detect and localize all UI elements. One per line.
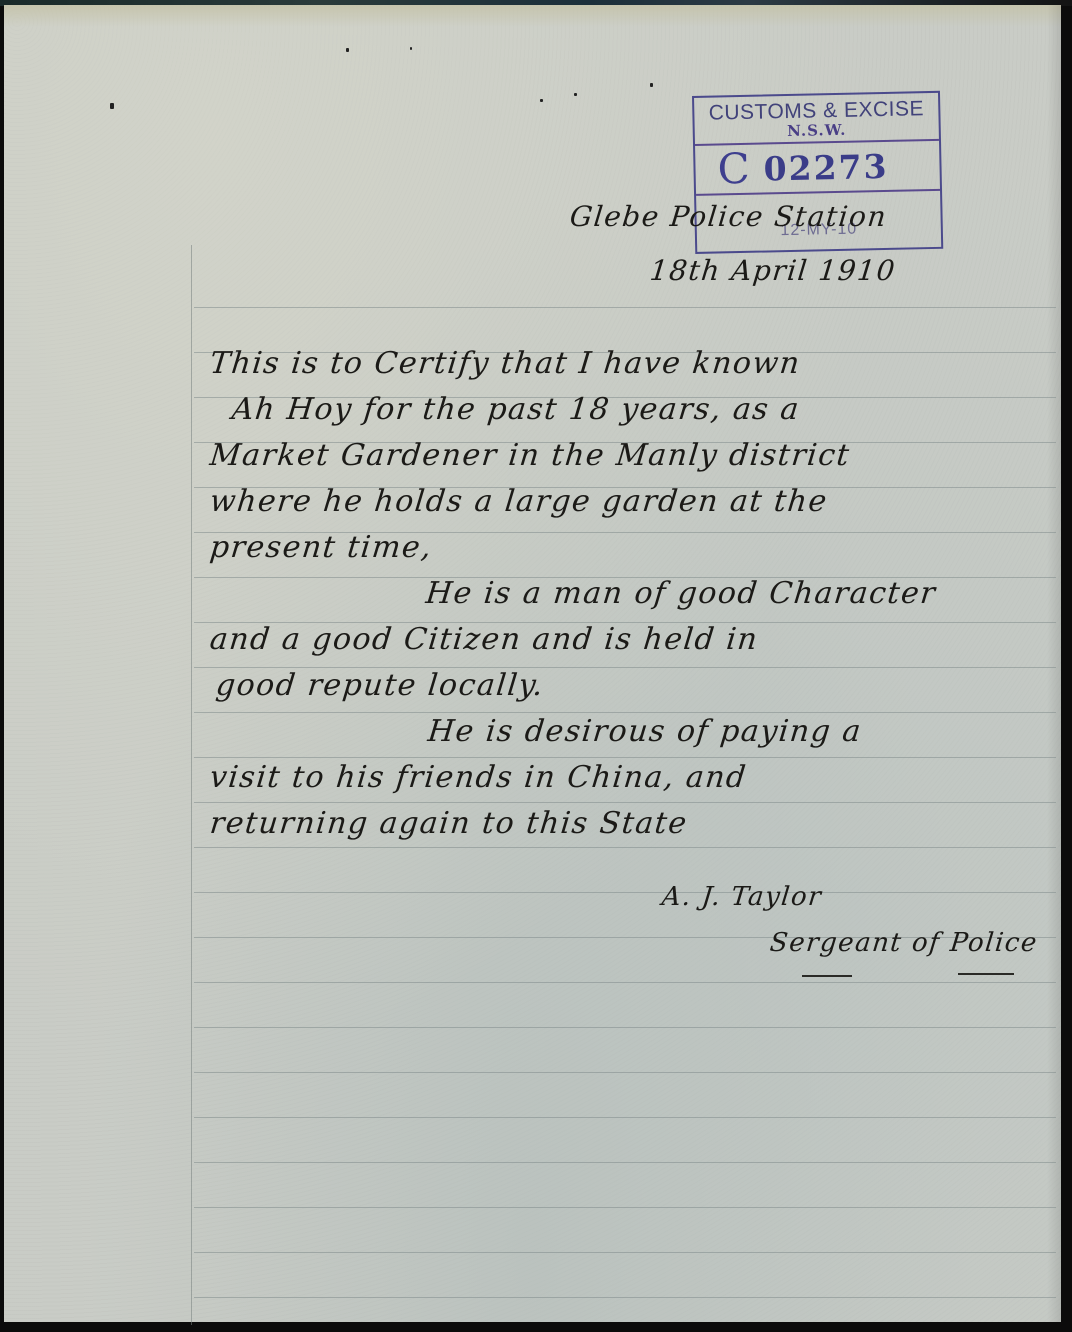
ruled-line [194, 802, 1056, 803]
body-line: He is a man of good Character [424, 576, 938, 611]
ruled-line [194, 1207, 1056, 1208]
signature-name: A. J. Taylor [660, 882, 823, 912]
stamp-number: 02273 [763, 146, 889, 188]
ruled-line [194, 757, 1056, 758]
ruled-line [194, 1252, 1056, 1253]
ruled-line [194, 1297, 1056, 1298]
paper-speck [110, 103, 114, 109]
ruled-line [194, 1072, 1056, 1073]
body-line: visit to his friends in China, and [208, 760, 749, 795]
body-line: He is desirous of paying a [426, 714, 864, 749]
body-line: This is to Certify that I have known [208, 346, 802, 381]
stamp-title: CUSTOMS & EXCISE [694, 93, 939, 125]
body-line: returning again to this State [208, 806, 689, 841]
body-line: Ah Hoy for the past 18 years, as a [230, 392, 802, 427]
ruled-line [194, 712, 1056, 713]
paper-speck [540, 99, 543, 102]
ruled-line [194, 1162, 1056, 1163]
margin-line [191, 245, 192, 1325]
ruled-line [194, 892, 1056, 893]
body-line: Market Gardener in the Manly district [208, 438, 852, 473]
ruled-line [194, 1117, 1056, 1118]
stamp-header: CUSTOMS & EXCISE N.S.W. [694, 93, 939, 146]
paper-aged-band [4, 5, 1061, 27]
stamp-number-row: C 02273 [695, 141, 940, 196]
body-line: present time, [208, 530, 434, 565]
paper-speck [650, 83, 653, 87]
ruled-line [194, 847, 1056, 848]
ruled-line [194, 982, 1056, 983]
ruled-line [194, 1027, 1056, 1028]
header-location: Glebe Police Station [568, 200, 889, 233]
body-line: where he holds a large garden at the [208, 484, 829, 519]
paper-right-edge [1047, 5, 1061, 1322]
paper-speck [410, 47, 412, 50]
body-line: and a good Citizen and is held in [208, 622, 760, 657]
paper-speck [346, 48, 349, 52]
header-date: 18th April 1910 [648, 254, 897, 287]
body-line: good repute locally. [214, 668, 546, 703]
stamp-letter: C [717, 147, 750, 192]
signature-underline [802, 975, 852, 977]
paper-speck [574, 93, 577, 96]
signature-title: Sergeant of Police [768, 928, 1039, 958]
signature-underline [958, 973, 1014, 975]
ruled-line [194, 307, 1056, 308]
